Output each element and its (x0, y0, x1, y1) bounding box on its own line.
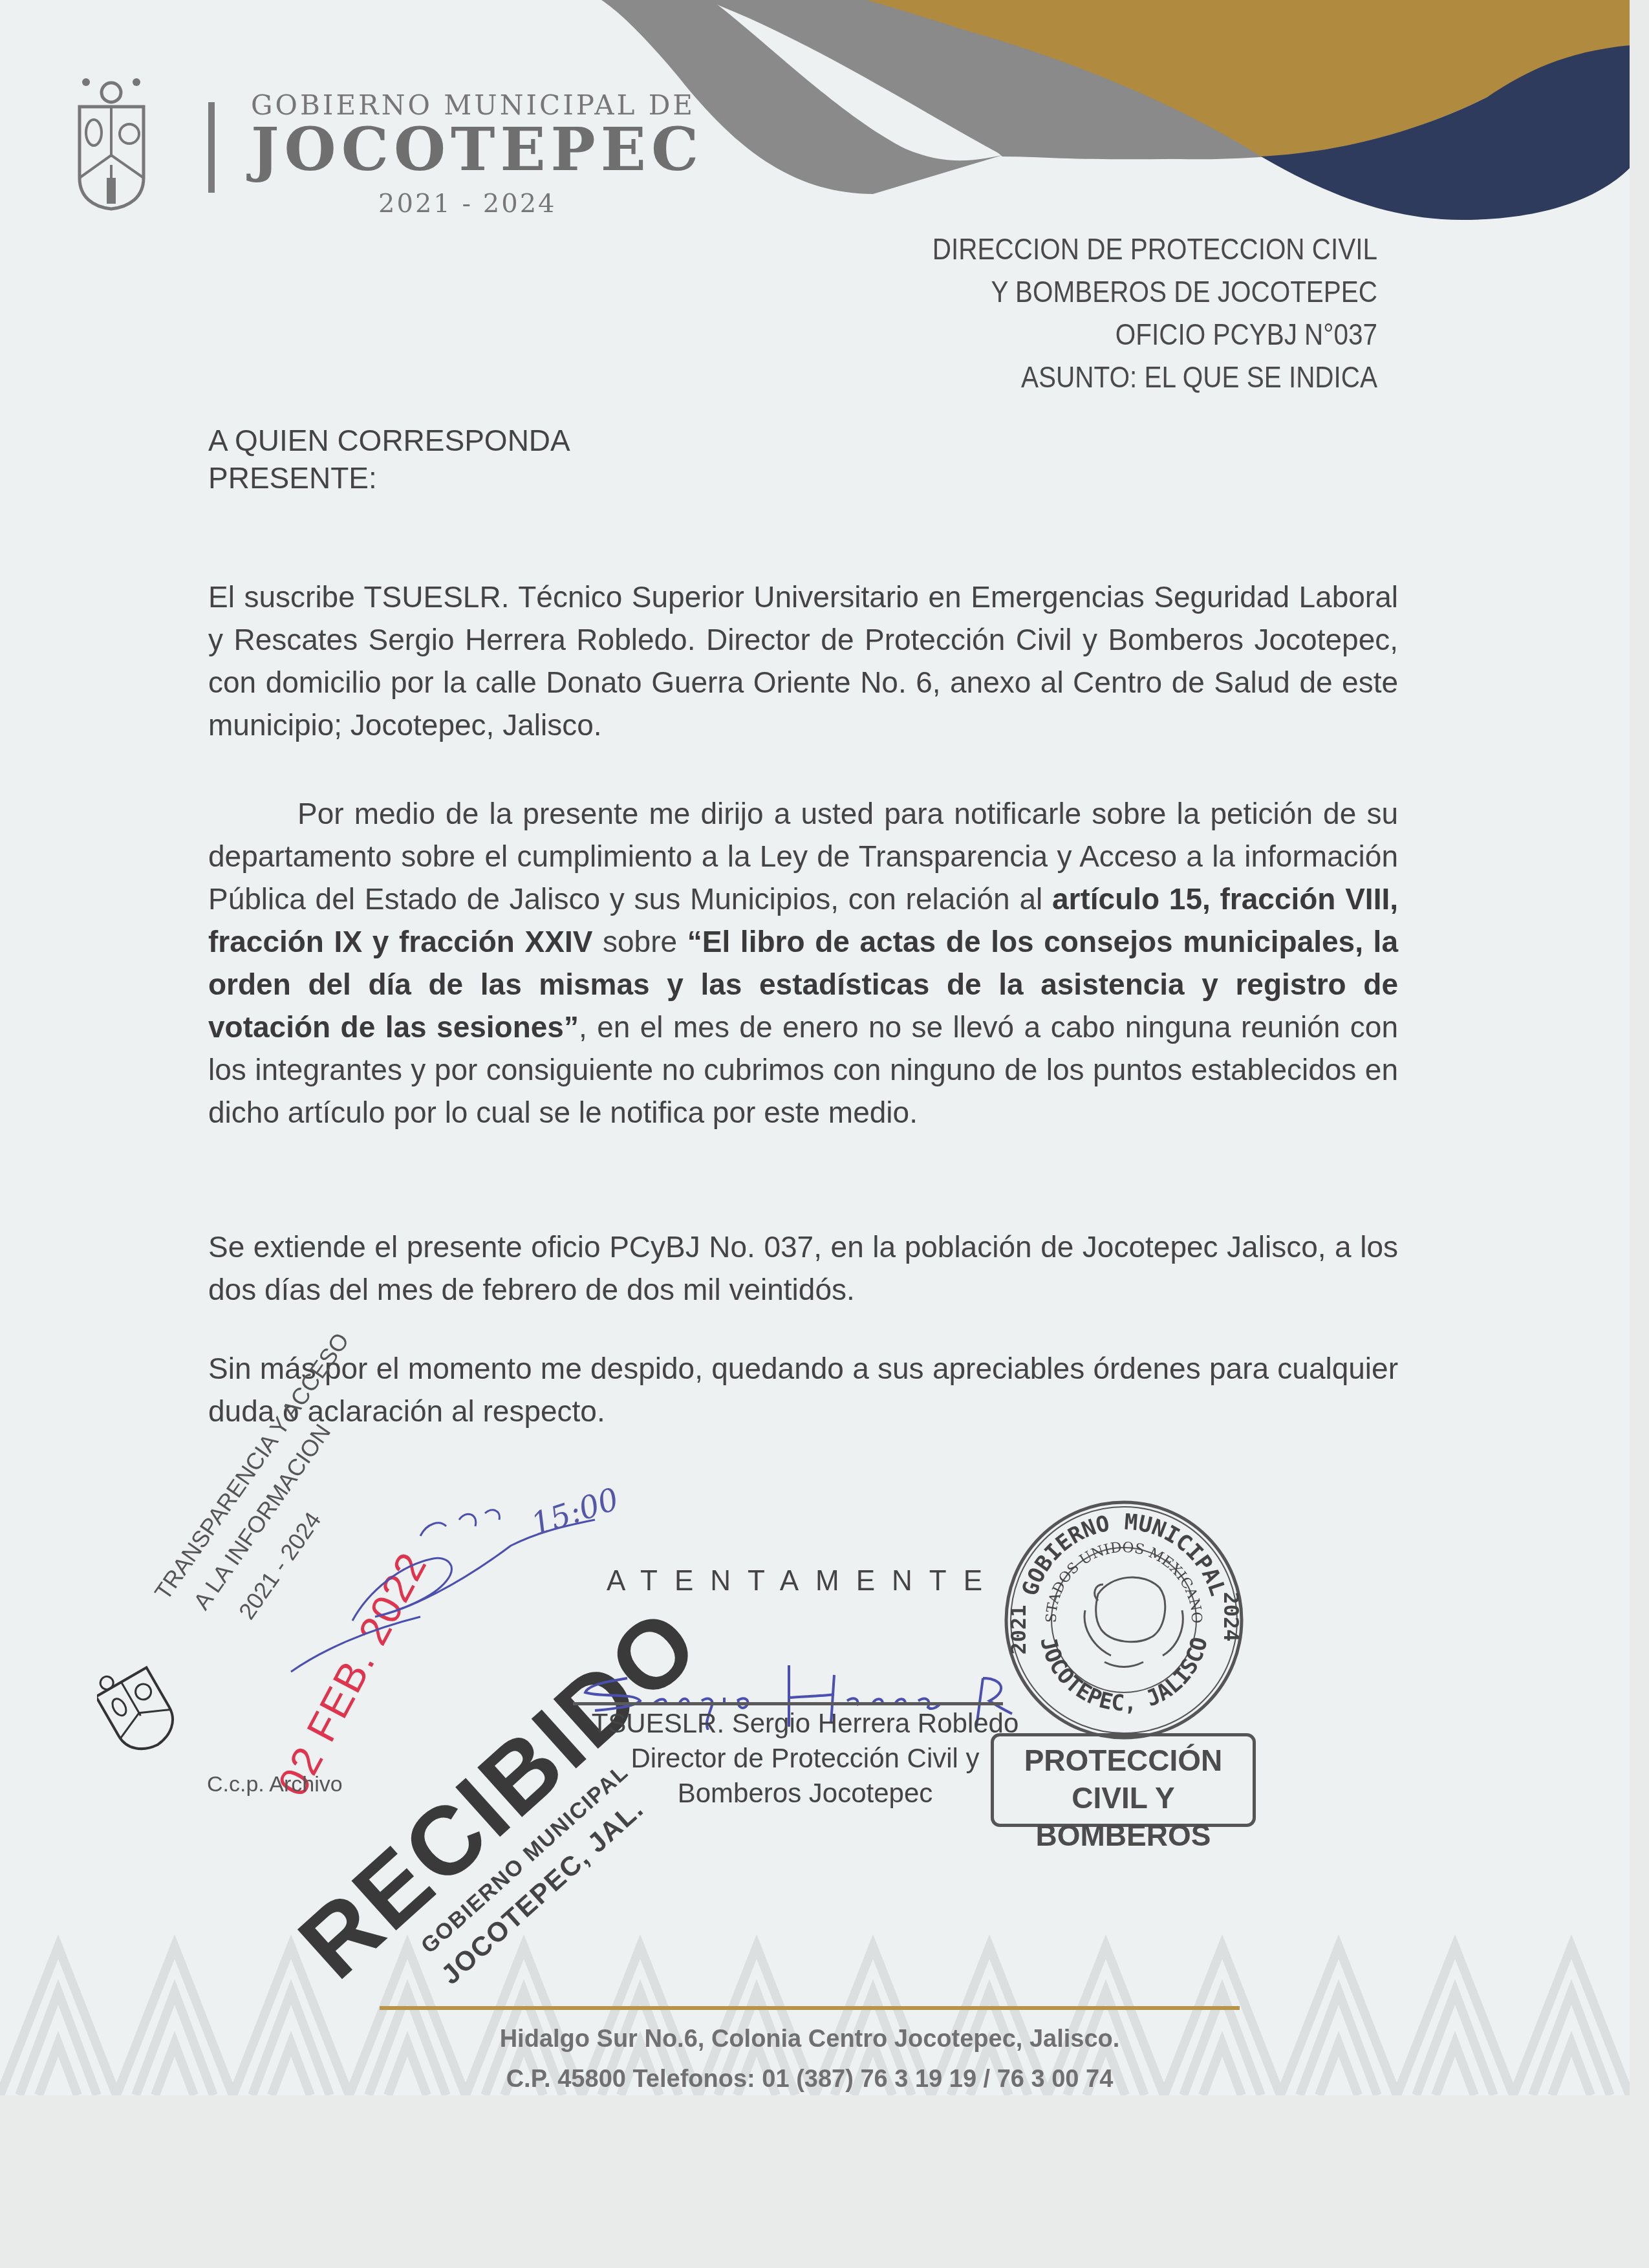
header-waves-decoration (0, 0, 1630, 233)
municipal-crest-logo (74, 74, 149, 213)
signer-block: TSUESLR. Sergio Herrera Robledo Director… (569, 1706, 1041, 1811)
svg-text:JOCOTEPEC, JALISCO: JOCOTEPEC, JALISCO (1035, 1635, 1212, 1717)
paragraph-notification: Por medio de la presente me dirijo a ust… (208, 792, 1398, 1134)
municipal-round-seal: GOBIERNO MUNICIPAL ESTADOS UNIDOS MEXICA… (1001, 1497, 1247, 1743)
salutation-recipient: A QUIEN CORRESPONDA (208, 422, 570, 459)
letter-page: GOBIERNO MUNICIPAL DE JOCOTEPEC 2021 - 2… (0, 0, 1630, 2095)
signer-name: TSUESLR. Sergio Herrera Robledo (569, 1706, 1041, 1741)
protection-civil-box-stamp: PROTECCIÓN CIVIL Y BOMBEROS (991, 1733, 1256, 1827)
municipality-name: JOCOTEPEC (251, 120, 704, 179)
box-stamp-line-2: CIVIL Y BOMBEROS (994, 1779, 1253, 1854)
closing-atentamente: ATENTAMENTE (607, 1565, 999, 1597)
office-department-line-1: DIRECCION DE PROTECCION CIVIL (932, 228, 1377, 270)
svg-text:2024: 2024 (1219, 1592, 1244, 1641)
office-department-line-2: Y BOMBEROS DE JOCOTEPEC (932, 270, 1377, 313)
office-header-block: DIRECCION DE PROTECCION CIVIL Y BOMBEROS… (932, 228, 1377, 398)
footer-address: Hidalgo Sur No.6, Colonia Centro Jocotep… (380, 2019, 1240, 2059)
footer-divider (380, 2006, 1240, 2010)
signature-line (573, 1702, 1003, 1705)
salutation: A QUIEN CORRESPONDA PRESENTE: (208, 422, 570, 497)
footer-phones: C.P. 45800 Telefonos: 01 (387) 76 3 19 1… (380, 2059, 1240, 2095)
paragraph-introduction: El suscribe TSUESLR. Técnico Superior Un… (208, 576, 1398, 746)
paragraph-issued: Se extiende el presente oficio PCyBJ No.… (208, 1226, 1398, 1311)
svg-text:2021: 2021 (1006, 1604, 1031, 1654)
signer-title-line-2: Bomberos Jocotepec (569, 1776, 1041, 1811)
footer-contact: Hidalgo Sur No.6, Colonia Centro Jocotep… (380, 2019, 1240, 2095)
administration-period: 2021 - 2024 (378, 189, 557, 219)
office-number: OFICIO PCYBJ N°037 (932, 313, 1377, 356)
office-subject: ASUNTO: EL QUE SE INDICA (932, 356, 1377, 398)
logo-divider (208, 102, 215, 193)
salutation-present: PRESENTE: (208, 459, 570, 497)
carbon-copy-archive: C.c.p. Archivo (207, 1772, 343, 1797)
signer-title-line-1: Director de Protección Civil y (569, 1741, 1041, 1776)
notification-text-b: sobre (592, 925, 687, 958)
received-stamp-crest (97, 1659, 175, 1756)
paragraph-farewell: Sin más por el momento me despido, queda… (208, 1347, 1398, 1432)
box-stamp-line-1: PROTECCIÓN (994, 1742, 1253, 1779)
